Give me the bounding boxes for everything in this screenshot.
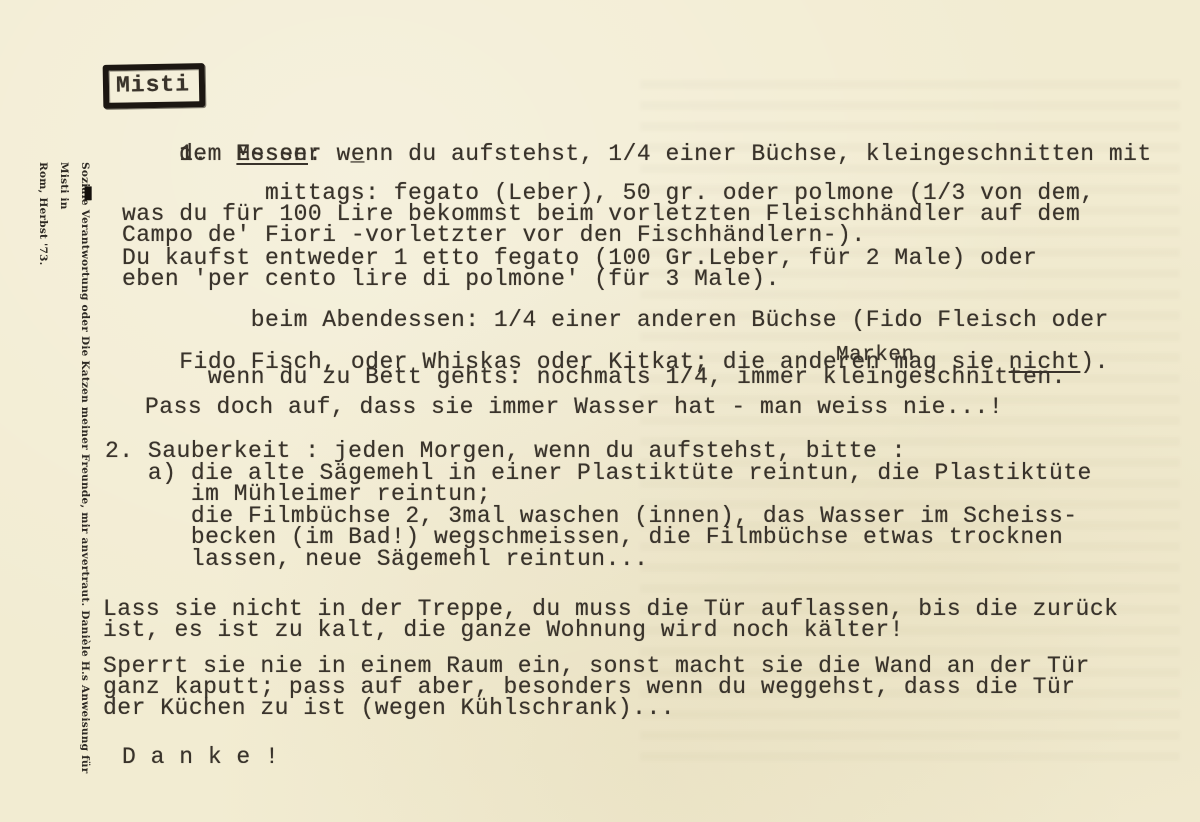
paragraph-abendessen-line1: beim Abendessen: 1/4 einer anderen Büchs… — [122, 310, 1109, 331]
item1-rest: : wenn du aufstehst, 1/4 einer Büchse, k… — [308, 141, 1152, 167]
title-box: Misti — [103, 63, 206, 109]
margin-caption-line2: Rom, Herbst '73. — [32, 162, 53, 802]
paragraph-treppe: Lass sie nicht in der Treppe, du muss di… — [103, 599, 1118, 641]
paragraph-bett: wenn du zu Bett gehts: nochmals 1/4, imm… — [122, 367, 1066, 388]
margin-caption: Soziale Verantwortung oder Die Katzen me… — [32, 162, 95, 802]
paragraph-danke: D a n k e ! — [122, 747, 279, 768]
page-title: Misti — [116, 71, 190, 98]
overstrike-block-icon: ▮ — [83, 184, 93, 202]
margin-caption-line1: Soziale Verantwortung oder Die Katzen me… — [53, 162, 95, 802]
paragraph-essen-line2: dem Messer _ — [179, 144, 365, 165]
paragraph-kaufst: Du kaufst entweder 1 etto fegato (100 Gr… — [122, 248, 1037, 290]
paragraph-mittags: mittags: fegato (Leber), 50 gr. oder pol… — [122, 183, 1095, 246]
paragraph-sauberkeit: 2. Sauberkeit : jeden Morgen, wenn du au… — [105, 441, 1092, 570]
scanned-typewritten-note: Soziale Verantwortung oder Die Katzen me… — [0, 0, 1200, 822]
abend-line2-post: ). — [1080, 349, 1109, 375]
paragraph-wasser: Pass doch auf, dass sie immer Wasser hat… — [145, 397, 1003, 418]
paragraph-sperren: Sperrt sie nie in einem Raum ein, sonst … — [103, 656, 1090, 719]
